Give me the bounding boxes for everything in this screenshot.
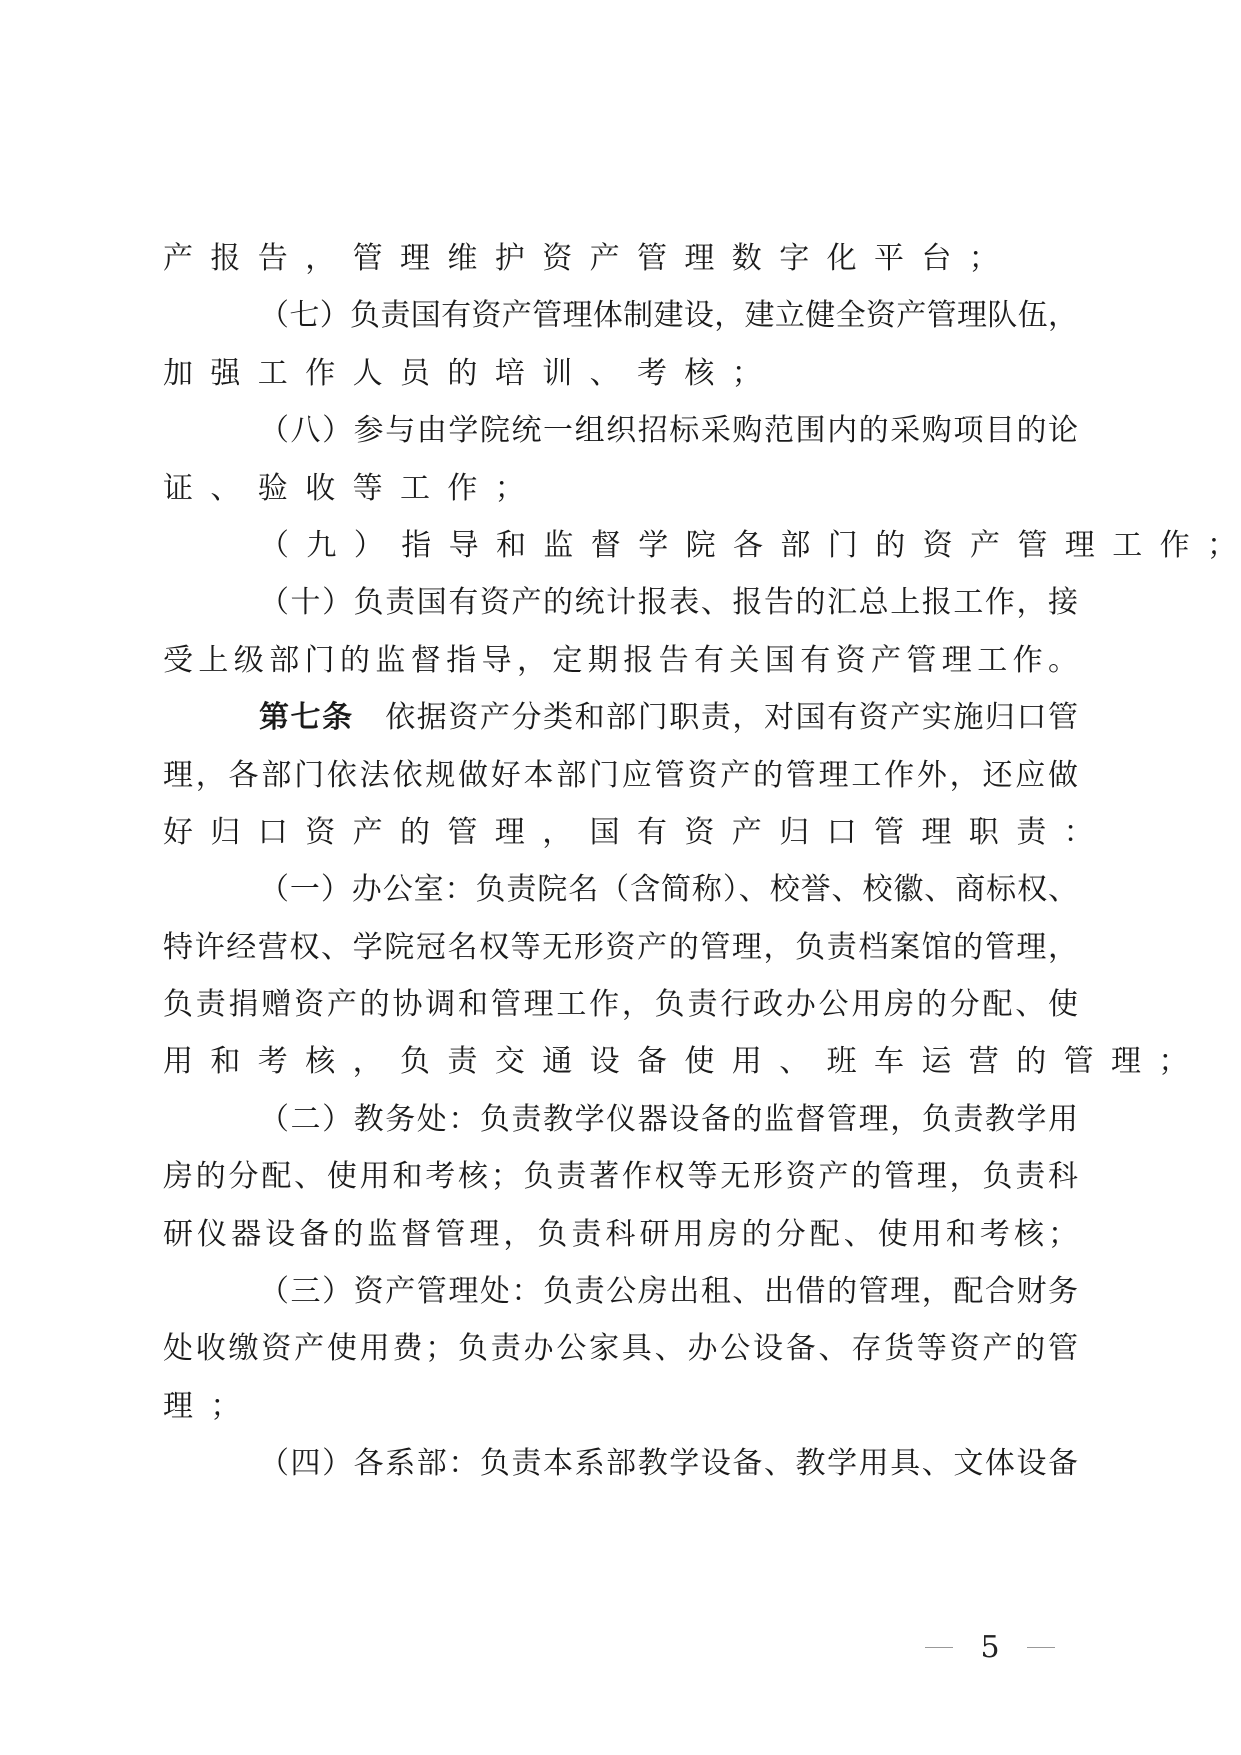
document-page: 产报告，管理维护资产管理数字化平台； （七）负责国有资产管理体制建设，建立健全资… — [0, 0, 1241, 1755]
body-text: 产报告，管理维护资产管理数字化平台； （七）负责国有资产管理体制建设，建立健全资… — [163, 230, 1078, 1493]
text-line: 负责捐赠资产的协调和管理工作，负责行政办公用房的分配、使 — [163, 976, 1078, 1033]
article-number: 第七条 — [259, 700, 354, 735]
text-line: 产报告，管理维护资产管理数字化平台； — [163, 230, 1078, 287]
text-line: 好归口资产的管理，国有资产归口管理职责： — [163, 804, 1078, 861]
text-line: （一）办公室：负责院名（含简称）、校誉、校徽、商标权、 — [163, 861, 1078, 918]
text-line: 理； — [163, 1378, 1078, 1435]
text-line: （二）教务处：负责教学仪器设备的监督管理，负责教学用 — [163, 1091, 1078, 1148]
article-text: 依据资产分类和部门职责，对国有资产实施归口管 — [385, 700, 1078, 735]
text-line: （四）各系部：负责本系部教学设备、教学用具、文体设备 — [163, 1435, 1078, 1492]
text-line: （十）负责国有资产的统计报表、报告的汇总上报工作，接 — [163, 574, 1078, 631]
text-line: 处收缴资产使用费；负责办公家具、办公设备、存货等资产的管 — [163, 1320, 1078, 1377]
text-line: （九）指导和监督学院各部门的资产管理工作； — [163, 517, 1078, 574]
text-line: （八）参与由学院统一组织招标采购范围内的采购项目的论 — [163, 402, 1078, 459]
text-line: 用和考核，负责交通设备使用、班车运营的管理； — [163, 1033, 1078, 1090]
dash-right — [1027, 1647, 1055, 1648]
text-line: （七）负责国有资产管理体制建设，建立健全资产管理队伍， — [163, 287, 1078, 344]
text-line: 加强工作人员的培训、考核； — [163, 345, 1078, 402]
text-line: （三）资产管理处：负责公房出租、出借的管理，配合财务 — [163, 1263, 1078, 1320]
text-line: 证、验收等工作； — [163, 460, 1078, 517]
text-line: 研仪器设备的监督管理，负责科研用房的分配、使用和考核； — [163, 1206, 1078, 1263]
text-line: 房的分配、使用和考核；负责著作权等无形资产的管理，负责科 — [163, 1148, 1078, 1205]
article-heading-line: 第七条 依据资产分类和部门职责，对国有资产实施归口管 — [163, 689, 1078, 746]
page-number: 5 — [925, 1630, 1055, 1665]
page-number-value: 5 — [980, 1630, 999, 1665]
text-line: 受上级部门的监督指导，定期报告有关国有资产管理工作。 — [163, 632, 1078, 689]
dash-left — [925, 1647, 953, 1648]
text-line: 特许经营权、学院冠名权等无形资产的管理，负责档案馆的管理， — [163, 919, 1078, 976]
text-line: 理，各部门依法依规做好本部门应管资产的管理工作外，还应做 — [163, 747, 1078, 804]
